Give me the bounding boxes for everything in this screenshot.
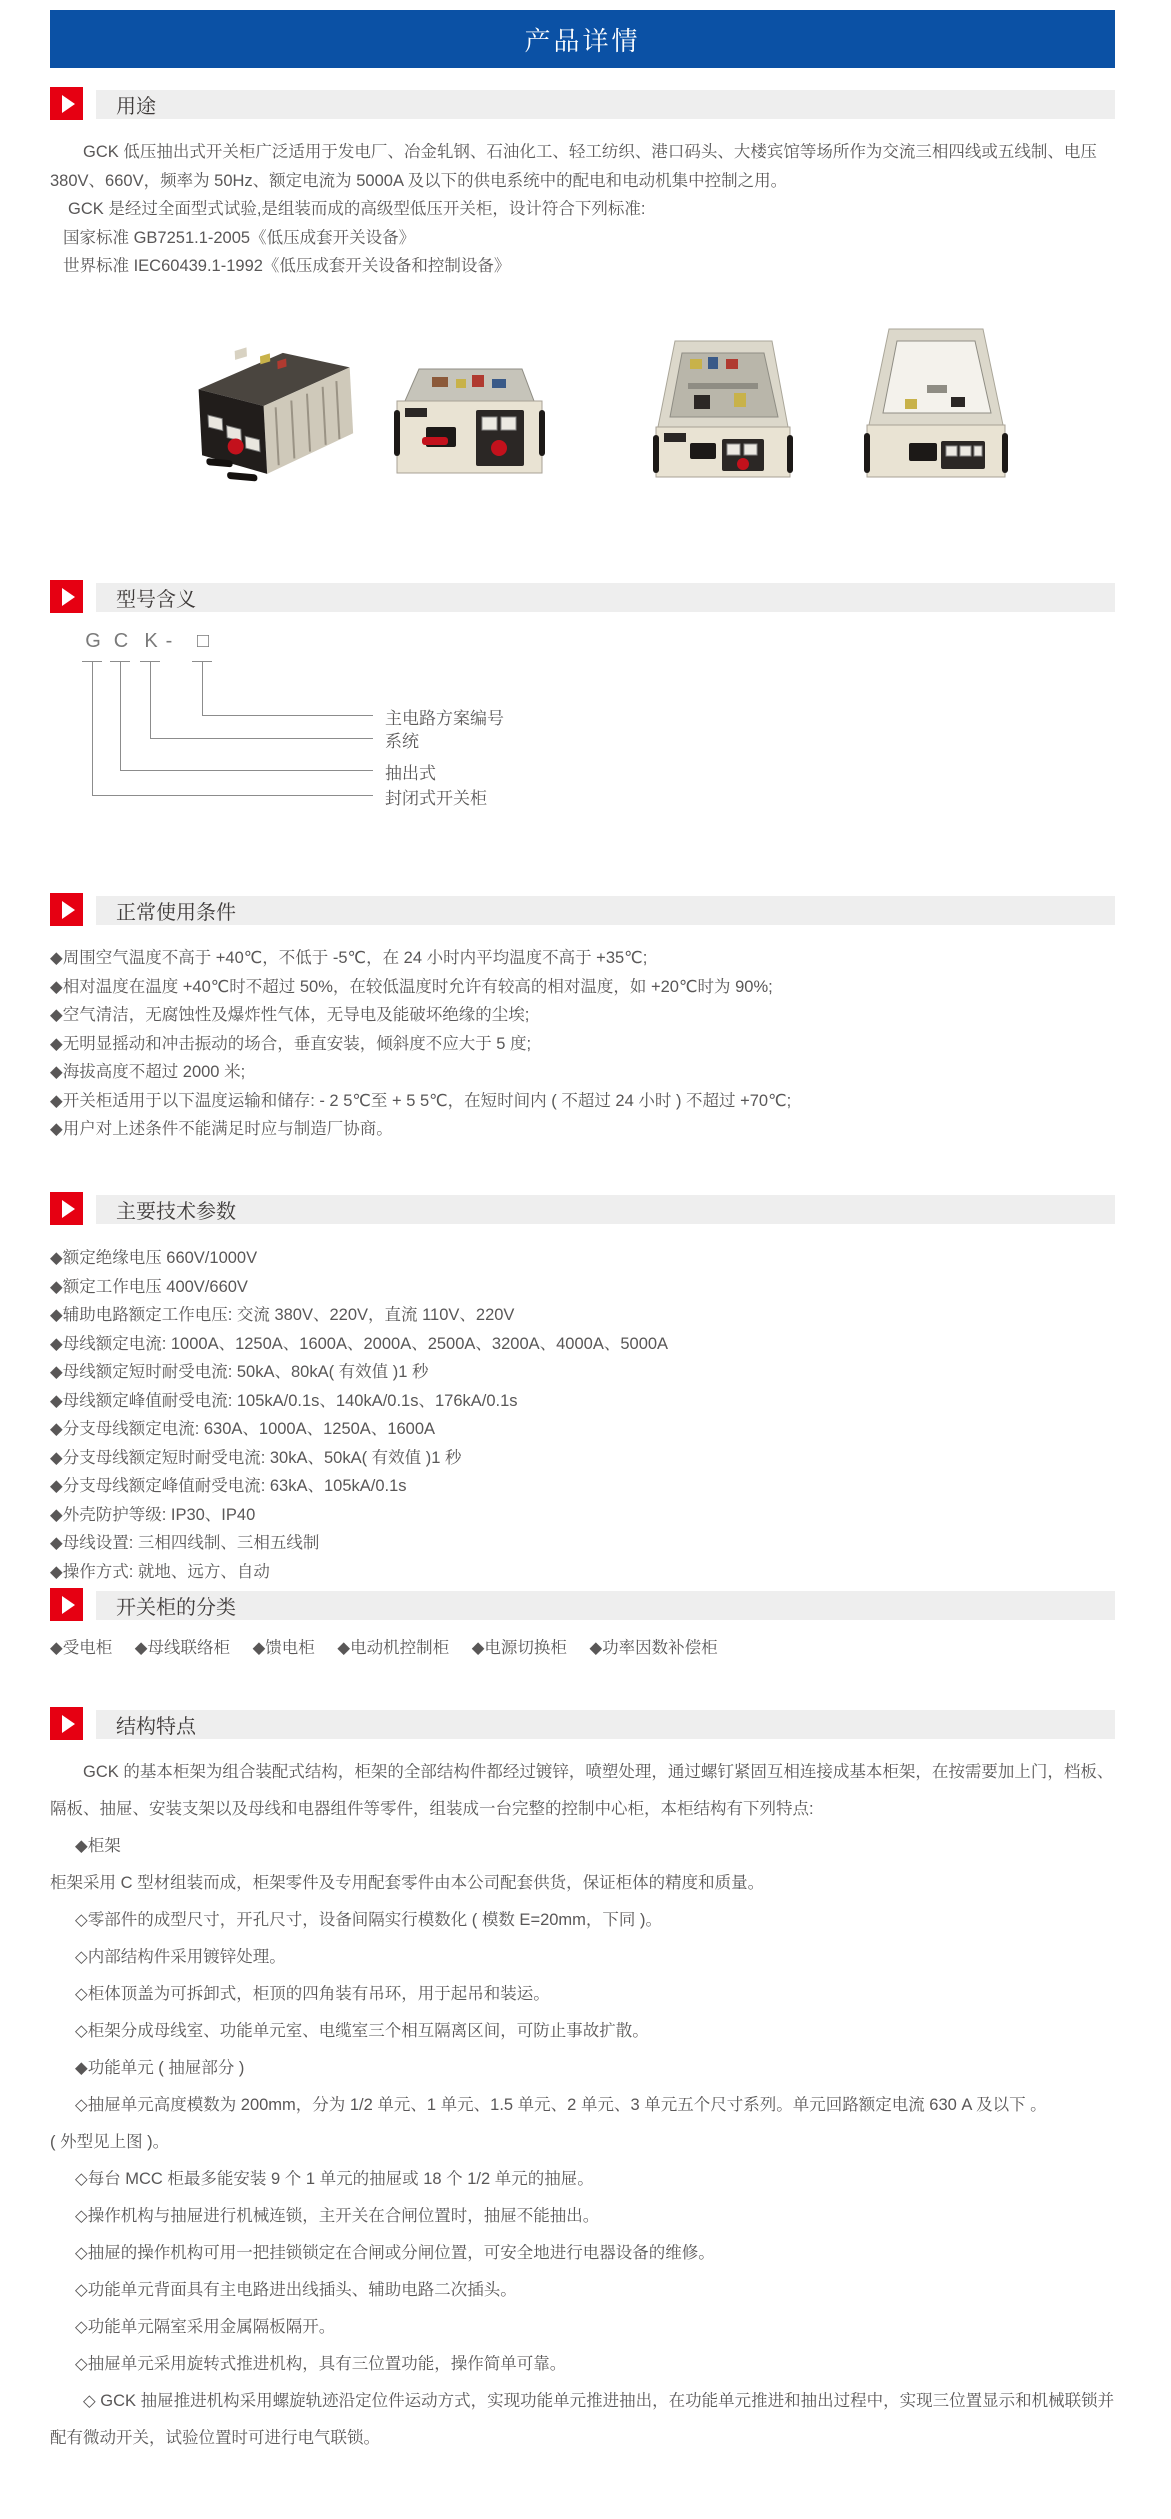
parameter-item: ◆母线设置: 三相四线制、三相五线制 xyxy=(50,1529,1115,1558)
section-header-parameters: 主要技术参数 xyxy=(50,1192,1115,1225)
section-header-classification: 开关柜的分类 xyxy=(50,1588,1115,1621)
section-header-structure: 结构特点 xyxy=(50,1707,1115,1740)
red-arrow-icon xyxy=(50,87,83,120)
section-header-conditions: 正常使用条件 xyxy=(50,893,1115,926)
model-code-diagram: G C K - □ 主电路方案编号 系统 抽出式 封闭式开关柜 xyxy=(50,620,1115,835)
classification-item: ◆馈电柜 xyxy=(253,1639,315,1657)
model-label-enclosed: 封闭式开关柜 xyxy=(385,784,487,809)
structure-paragraph: ◇抽屉单元采用旋转式推进机构，具有三位置功能，操作简单可靠。 xyxy=(50,2346,1115,2383)
parameter-item: ◆母线额定峰值耐受电流: 105kA/0.1s、140kA/0.1s、176kA… xyxy=(50,1387,1115,1416)
section-header-model: 型号含义 xyxy=(50,580,1115,613)
product-photo-drawer-unit-2 xyxy=(372,365,567,480)
model-code-char-g: G xyxy=(82,630,104,653)
diagram-line xyxy=(202,715,373,716)
model-label-scheme: 主电路方案编号 xyxy=(385,704,504,729)
section-header-usage: 用途 xyxy=(50,87,1115,120)
model-code-char-c: C xyxy=(110,630,132,653)
product-photo-drawer-unit-4 xyxy=(843,325,1028,488)
model-code-char-box: □ xyxy=(192,630,214,653)
section-title-classification: 开关柜的分类 xyxy=(116,1591,236,1620)
diagram-line xyxy=(150,738,373,739)
condition-item: ◆周围空气温度不高于 +40℃，不低于 -5℃，在 24 小时内平均温度不高于 … xyxy=(50,944,1115,973)
structure-paragraph: ( 外型见上图 )。 xyxy=(50,2124,1115,2161)
section-title-bar: 结构特点 xyxy=(96,1710,1115,1739)
section-title-bar: 主要技术参数 xyxy=(96,1195,1115,1224)
usage-paragraph: 国家标准 GB7251.1-2005《低压成套开关设备》 xyxy=(50,224,1115,253)
section-title-bar: 型号含义 xyxy=(96,583,1115,612)
section-title-usage: 用途 xyxy=(116,90,156,119)
structure-paragraph: ◇柜体顶盖为可拆卸式，柜顶的四角装有吊环，用于起吊和装运。 xyxy=(50,1976,1115,2013)
model-label-system: 系统 xyxy=(385,727,419,752)
classification-row: ◆受电柜 ◆母线联络柜 ◆馈电柜 ◆电动机控制柜 ◆电源切换柜 ◆功率因数补偿柜 xyxy=(50,1634,1115,1663)
structure-paragraph: ◇每台 MCC 柜最多能安装 9 个 1 单元的抽屉或 18 个 1/2 单元的… xyxy=(50,2161,1115,2198)
model-code-char-dash: - xyxy=(158,630,180,653)
structure-paragraph: ◇抽屉单元高度模数为 200mm，分为 1/2 单元、1 单元、1.5 单元、2… xyxy=(50,2087,1115,2124)
condition-item: ◆开关柜适用于以下温度运输和储存: - 2 5℃至 + 5 5℃，在短时间内 (… xyxy=(50,1087,1115,1116)
structure-text-block: GCK 的基本柜架为组合装配式结构，柜架的全部结构件都经过镀锌，喷塑处理，通过螺… xyxy=(50,1754,1115,2457)
red-arrow-icon xyxy=(50,893,83,926)
parameter-item: ◆辅助电路额定工作电压: 交流 380V、220V，直流 110V、220V xyxy=(50,1301,1115,1330)
section-title-bar: 开关柜的分类 xyxy=(96,1591,1115,1620)
play-triangle-icon xyxy=(62,1596,75,1614)
page-title: 产品详情 xyxy=(524,21,640,58)
play-triangle-icon xyxy=(62,1200,75,1218)
classification-item: ◆电动机控制柜 xyxy=(337,1639,449,1657)
parameter-item: ◆额定绝缘电压 660V/1000V xyxy=(50,1244,1115,1273)
structure-paragraph: ◇功能单元背面具有主电路进出线插头、辅助电路二次插头。 xyxy=(50,2272,1115,2309)
structure-paragraph: ◇零部件的成型尺寸，开孔尺寸，设备间隔实行模数化 ( 模数 E=20mm，下同 … xyxy=(50,1902,1115,1939)
section-title-structure: 结构特点 xyxy=(116,1710,196,1739)
play-triangle-icon xyxy=(62,588,75,606)
usage-paragraph: 世界标准 IEC60439.1-1992《低压成套开关设备和控制设备》 xyxy=(50,252,1115,281)
parameter-item: ◆分支母线额定电流: 630A、1000A、1250A、1600A xyxy=(50,1415,1115,1444)
product-detail-page: { "colors": { "header_blue": "#0b51a5", … xyxy=(0,0,1171,2519)
diagram-line xyxy=(92,795,373,796)
structure-paragraph: ◇功能单元隔室采用金属隔板隔开。 xyxy=(50,2309,1115,2346)
product-photo-drawer-unit-3 xyxy=(630,335,815,485)
condition-item: ◆空气清洁，无腐蚀性及爆炸性气体，无导电及能破坏绝缘的尘埃; xyxy=(50,1001,1115,1030)
usage-text-block: GCK 低压抽出式开关柜广泛适用于发电厂、冶金轧钢、石油化工、轻工纺织、港口码头… xyxy=(50,138,1115,281)
red-arrow-icon xyxy=(50,1192,83,1225)
parameter-item: ◆分支母线额定短时耐受电流: 30kA、50kA( 有效值 )1 秒 xyxy=(50,1444,1115,1473)
diagram-line xyxy=(92,662,93,795)
parameter-item: ◆母线额定电流: 1000A、1250A、1600A、2000A、2500A、3… xyxy=(50,1330,1115,1359)
conditions-list: ◆周围空气温度不高于 +40℃，不低于 -5℃，在 24 小时内平均温度不高于 … xyxy=(50,944,1115,1144)
structure-paragraph: 柜架采用 C 型材组装而成，柜架零件及专用配套零件由本公司配套供货，保证柜体的精… xyxy=(50,1865,1115,1902)
parameter-item: ◆外壳防护等级: IP30、IP40 xyxy=(50,1501,1115,1530)
diagram-line xyxy=(150,662,151,738)
usage-paragraph: GCK 低压抽出式开关柜广泛适用于发电厂、冶金轧钢、石油化工、轻工纺织、港口码头… xyxy=(50,138,1115,195)
red-arrow-icon xyxy=(50,1588,83,1621)
diagram-line xyxy=(120,770,373,771)
parameter-item: ◆额定工作电压 400V/660V xyxy=(50,1273,1115,1302)
red-arrow-icon xyxy=(50,580,83,613)
product-photo-drawer-unit-1 xyxy=(168,342,358,487)
structure-paragraph: ◇操作机构与抽屉进行机械连锁，主开关在合闸位置时，抽屉不能抽出。 xyxy=(50,2198,1115,2235)
section-title-parameters: 主要技术参数 xyxy=(116,1195,236,1224)
structure-paragraph: ◇内部结构件采用镀锌处理。 xyxy=(50,1939,1115,1976)
structure-paragraph: ◇柜架分成母线室、功能单元室、电缆室三个相互隔离区间，可防止事故扩散。 xyxy=(50,2013,1115,2050)
section-title-model: 型号含义 xyxy=(116,583,196,612)
classification-item: ◆电源切换柜 xyxy=(472,1639,567,1657)
structure-paragraph: ◇ GCK 抽屉推进机构采用螺旋轨迹沿定位件运动方式，实现功能单元推进抽出，在功… xyxy=(50,2383,1115,2457)
condition-item: ◆无明显摇动和冲击振动的场合，垂直安装，倾斜度不应大于 5 度; xyxy=(50,1030,1115,1059)
section-title-bar: 用途 xyxy=(96,90,1115,119)
section-title-conditions: 正常使用条件 xyxy=(116,896,236,925)
diagram-line xyxy=(120,662,121,770)
condition-item: ◆相对温度在温度 +40℃时不超过 50%，在较低温度时允许有较高的相对温度，如… xyxy=(50,973,1115,1002)
classification-item: ◆受电柜 xyxy=(50,1639,112,1657)
parameters-list: ◆额定绝缘电压 660V/1000V ◆额定工作电压 400V/660V ◆辅助… xyxy=(50,1244,1115,1586)
structure-paragraph: ◇抽屉的操作机构可用一把挂锁锁定在合闸或分闸位置，可安全地进行电器设备的维修。 xyxy=(50,2235,1115,2272)
structure-paragraph: ◆柜架 xyxy=(50,1828,1115,1865)
parameter-item: ◆操作方式: 就地、远方、自动 xyxy=(50,1558,1115,1587)
play-triangle-icon xyxy=(62,901,75,919)
parameter-item: ◆母线额定短时耐受电流: 50kA、80kA( 有效值 )1 秒 xyxy=(50,1358,1115,1387)
diagram-line xyxy=(202,662,203,715)
play-triangle-icon xyxy=(62,1715,75,1733)
condition-item: ◆用户对上述条件不能满足时应与制造厂协商。 xyxy=(50,1115,1115,1144)
condition-item: ◆海拔高度不超过 2000 米; xyxy=(50,1058,1115,1087)
structure-paragraph: ◆功能单元 ( 抽屉部分 ) xyxy=(50,2050,1115,2087)
page-title-bar: 产品详情 xyxy=(50,10,1115,68)
section-title-bar: 正常使用条件 xyxy=(96,896,1115,925)
classification-item: ◆母线联络柜 xyxy=(135,1639,230,1657)
structure-paragraph: GCK 的基本柜架为组合装配式结构，柜架的全部结构件都经过镀锌，喷塑处理，通过螺… xyxy=(50,1754,1115,1828)
usage-paragraph: GCK 是经过全面型式试验,是组装而成的高级型低压开关柜，设计符合下列标准: xyxy=(50,195,1115,224)
red-arrow-icon xyxy=(50,1707,83,1740)
play-triangle-icon xyxy=(62,95,75,113)
model-label-drawout: 抽出式 xyxy=(385,759,436,784)
parameter-item: ◆分支母线额定峰值耐受电流: 63kA、105kA/0.1s xyxy=(50,1472,1115,1501)
classification-item: ◆功率因数补偿柜 xyxy=(589,1639,717,1657)
